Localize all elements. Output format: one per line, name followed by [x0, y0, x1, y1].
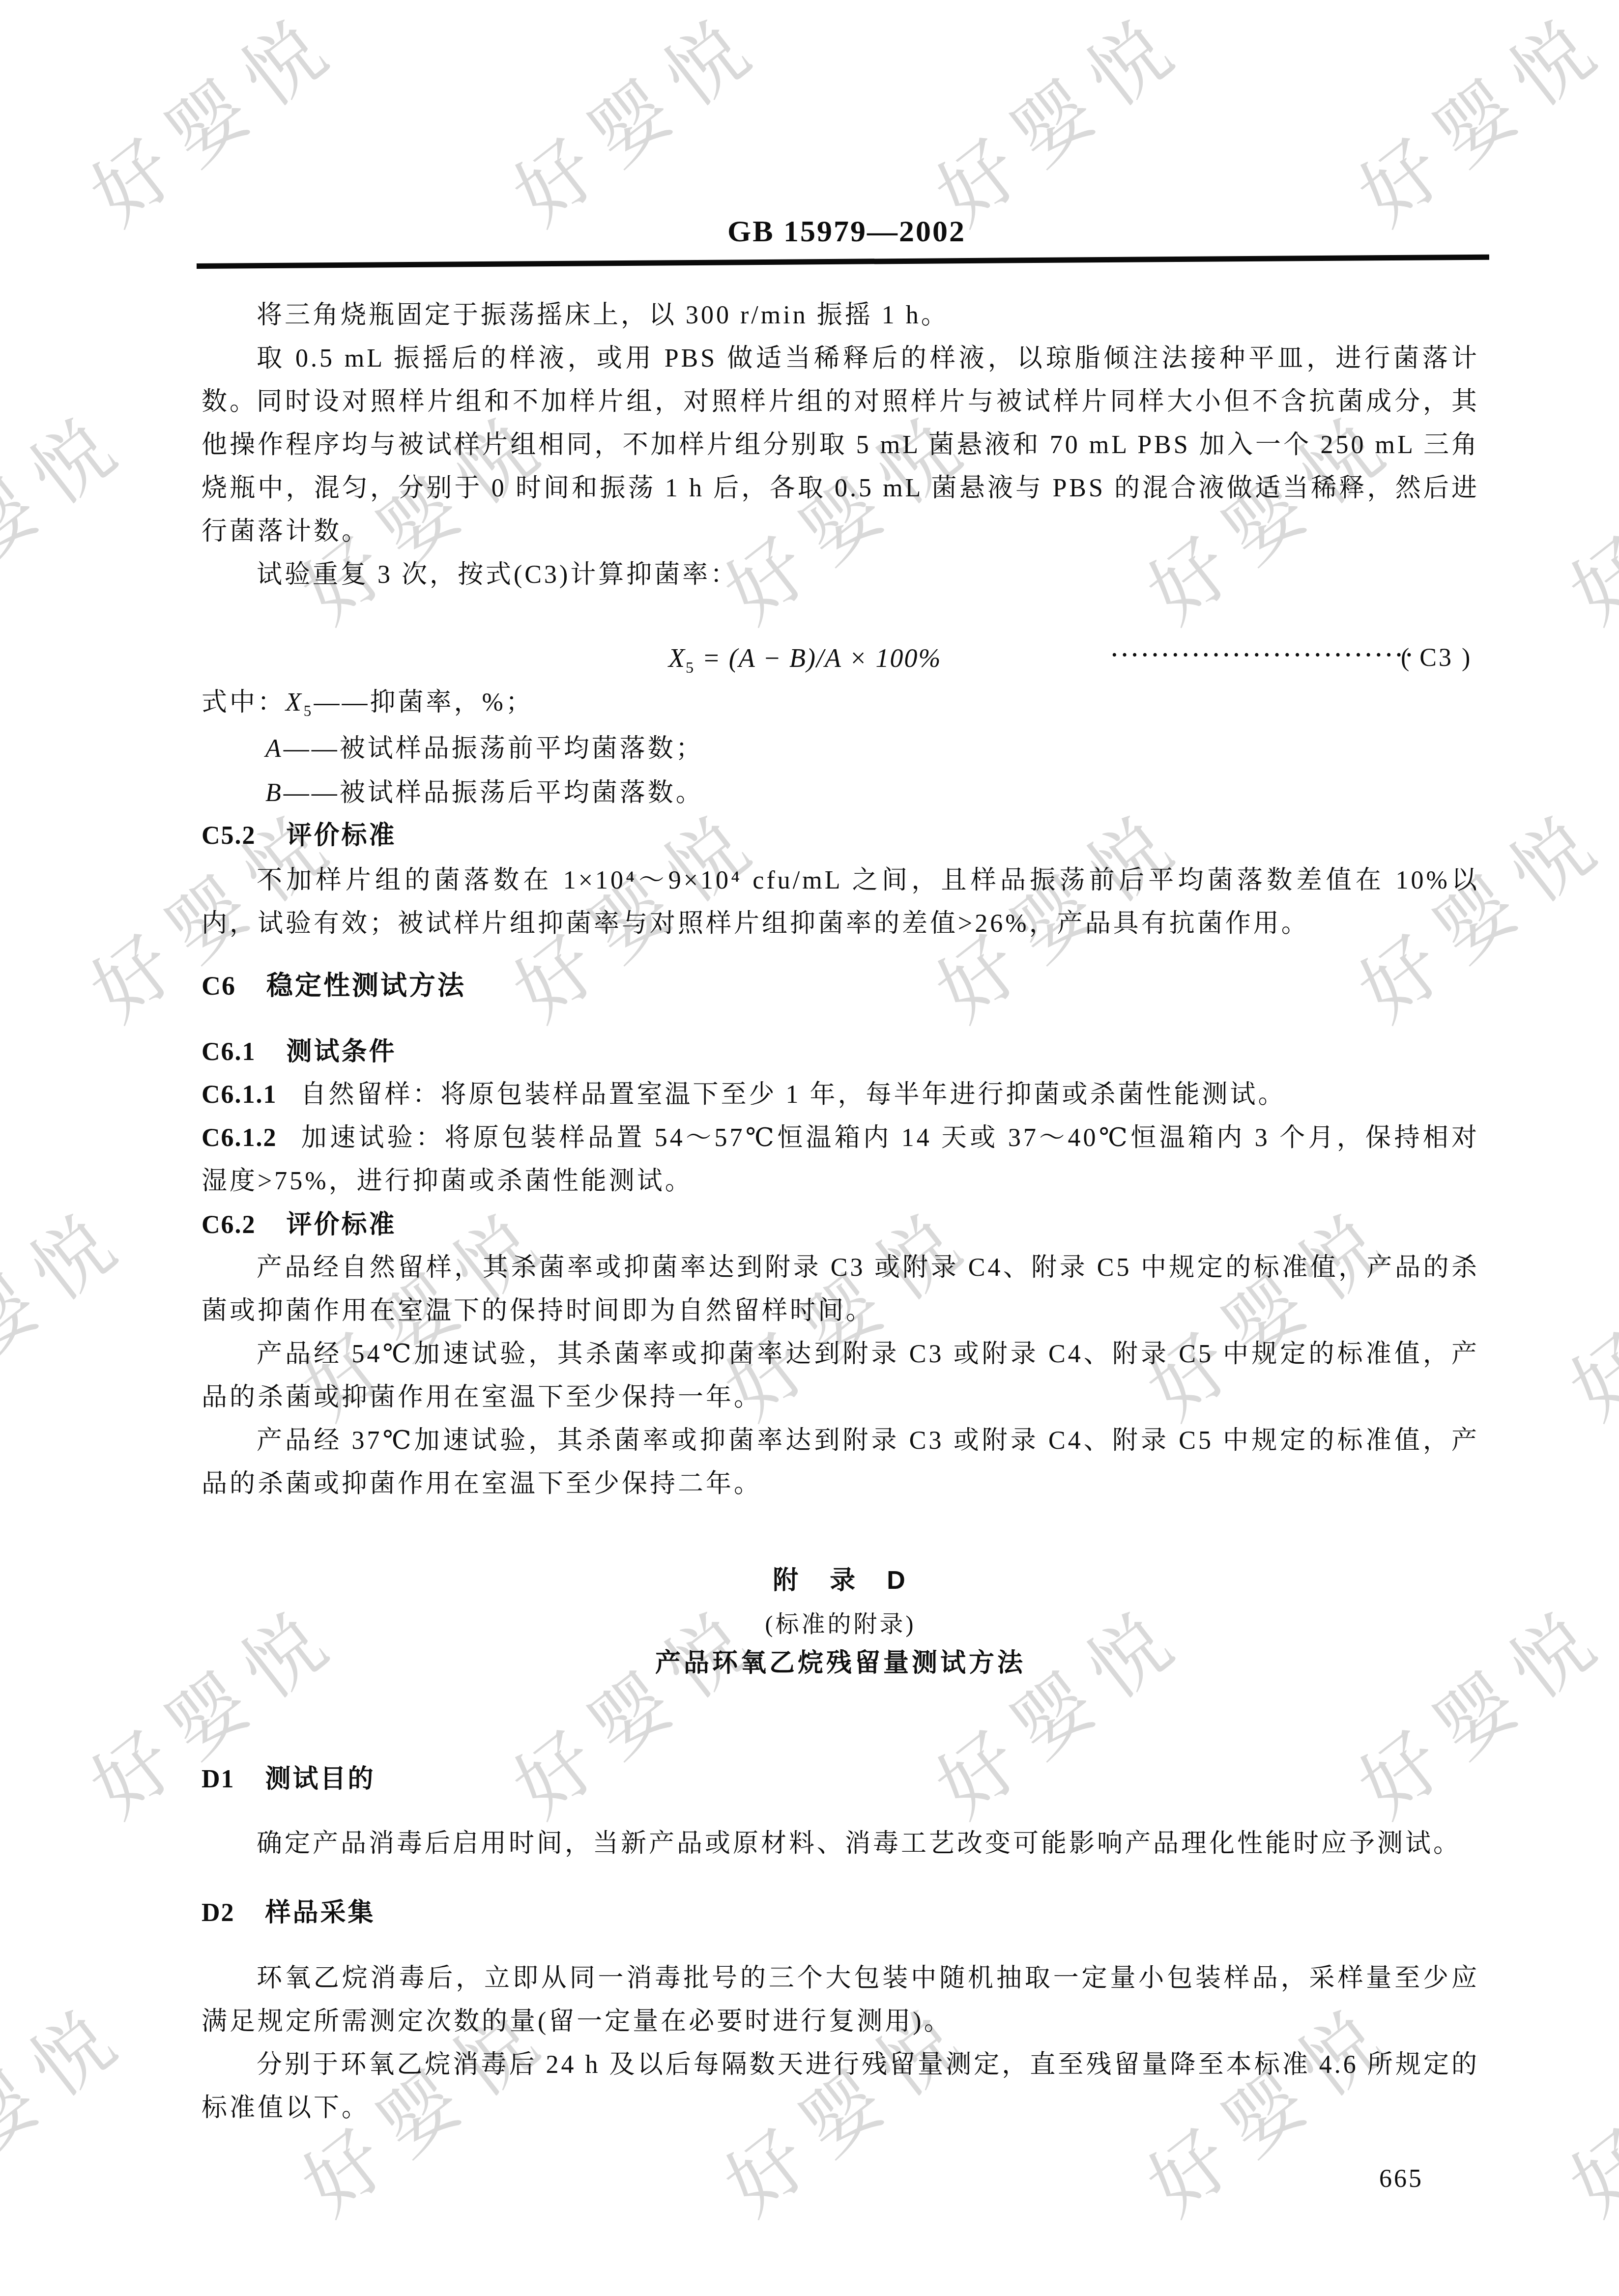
term-b-definition: B——被试样品振荡后平均菌落数。 [202, 772, 1543, 815]
clause-number-c6-1: C6.1 [202, 1038, 256, 1066]
appendix-d-title: 附 录 D [202, 1559, 1479, 1602]
formula-body: = (A − B)/A × 100% [694, 643, 941, 673]
clause-number-c6: C6 [202, 971, 236, 1001]
where-clause: 式中：X5——抑菌率，%； [202, 681, 1479, 733]
para-d2-measure-interval: 分别于环氧乙烷消毒后 24 h 及以后每隔数天进行残留量测定，直至残留量降至本标… [202, 2043, 1479, 2130]
formula-number-label: ( C3 ) [1401, 636, 1472, 680]
content-layer: GB 15979—2002 将三角烧瓶固定于振荡摇床上，以 300 r/min … [0, 0, 1619, 2296]
para-shake-flask: 将三角烧瓶固定于振荡摇床上，以 300 r/min 振摇 1 h。 [202, 294, 1479, 337]
clause-number-c6-1-2: C6.1.2 [202, 1124, 277, 1152]
page-number: 665 [1379, 2164, 1423, 2193]
heading-c6-1: C6.1测试条件 [202, 1030, 1479, 1074]
para-repeat-intro: 试验重复 3 次，按式(C3)计算抑菌率： [202, 553, 1479, 597]
clause-title-d1: 测试目的 [265, 1765, 376, 1793]
term-b-text: ——被试样品振荡后平均菌落数。 [284, 779, 704, 807]
para-c6-2-natural-storage: 产品经自然留样，其杀菌率或抑菌率达到附录 C3 或附录 C4、附录 C5 中规定… [202, 1246, 1479, 1333]
clause-title-c6: 稳定性测试方法 [266, 971, 466, 1001]
clause-title-c6-1: 测试条件 [287, 1037, 397, 1066]
clause-c6-1-2: C6.1.2加速试验：将原包装样品置 54～57℃恒温箱内 14 天或 37～4… [202, 1117, 1479, 1203]
clause-text-c6-1-1: 自然留样：将原包装样品置室温下至少 1 年，每半年进行抑菌或杀菌性能测试。 [301, 1081, 1286, 1109]
para-c6-2-accelerated-37c: 产品经 37℃加速试验，其杀菌率或抑菌率达到附录 C3 或附录 C4、附录 C5… [202, 1419, 1479, 1506]
clause-number-c5-2: C5.2 [202, 822, 256, 850]
clause-number-c6-1-1: C6.1.1 [202, 1081, 277, 1109]
formula-leader-dots: ······························ [1111, 633, 1416, 677]
clause-c6-1-1: C6.1.1自然留样：将原包装样品置室温下至少 1 年，每半年进行抑菌或杀菌性能… [202, 1073, 1479, 1117]
heading-c6-2: C6.2评价标准 [202, 1203, 1479, 1247]
where-variable: X [286, 689, 304, 717]
clause-title-d2: 样品采集 [265, 1898, 376, 1927]
clause-text-c6-1-2: 加速试验：将原包装样品置 54～57℃恒温箱内 14 天或 37～40℃恒温箱内… [202, 1124, 1479, 1195]
para-d1-purpose: 确定产品消毒后启用时间，当新产品或原材料、消毒工艺改变可能影响产品理化性能时应予… [202, 1822, 1479, 1865]
where-definition: ——抑菌率，%； [314, 689, 533, 717]
term-a-variable: A [265, 735, 284, 763]
formula-row-c3: X5 = (A − B)/A × 100% ··················… [202, 636, 1479, 686]
clause-number-c6-2: C6.2 [202, 1211, 256, 1239]
document-page: 好婴悦好婴悦好婴悦好婴悦好婴悦好婴悦好婴悦好婴悦好婴悦好婴悦好婴悦好婴悦好婴悦好… [0, 0, 1619, 2296]
term-b-variable: B [265, 779, 284, 807]
heading-c6: C6稳定性测试方法 [202, 964, 1479, 1007]
para-d2-sampling: 环氧乙烷消毒后，立即从同一消毒批号的三个大包装中随机抽取一定量小包装样品，采样量… [202, 1957, 1479, 2043]
standard-code: GB 15979—2002 [727, 214, 966, 249]
term-a-definition: A——被试样品振荡前平均菌落数； [202, 727, 1543, 771]
clause-title-c6-2: 评价标准 [287, 1210, 397, 1239]
term-a-text: ——被试样品振荡前平均菌落数； [284, 735, 704, 763]
heading-d1: D1测试目的 [202, 1757, 1479, 1801]
clause-number-d1: D1 [202, 1765, 235, 1793]
para-c5-2-criteria: 不加样片组的菌落数在 1×10⁴～9×10⁴ cfu/mL 之间，且样品振荡前后… [202, 859, 1479, 946]
appendix-d-heading: 产品环氧乙烷残留量测试方法 [202, 1641, 1479, 1685]
heading-d2: D2样品采集 [202, 1891, 1479, 1935]
formula-subscript: 5 [686, 659, 694, 677]
para-control-group: 同时设对照样片组和不加样片组，对照样片组的对照样片与被试样片同样大小但不含抗菌成… [202, 380, 1479, 553]
clause-title-c5-2: 评价标准 [287, 821, 397, 850]
where-subscript: 5 [304, 702, 314, 719]
formula-variable: X [668, 643, 686, 673]
header-rule [197, 255, 1489, 269]
where-prefix: 式中： [202, 689, 286, 717]
clause-number-d2: D2 [202, 1899, 235, 1927]
heading-c5-2: C5.2评价标准 [202, 814, 1479, 858]
para-c6-2-accelerated-54c: 产品经 54℃加速试验，其杀菌率或抑菌率达到附录 C3 或附录 C4、附录 C5… [202, 1333, 1479, 1419]
appendix-d-subtitle: (标准的附录) [202, 1603, 1479, 1646]
